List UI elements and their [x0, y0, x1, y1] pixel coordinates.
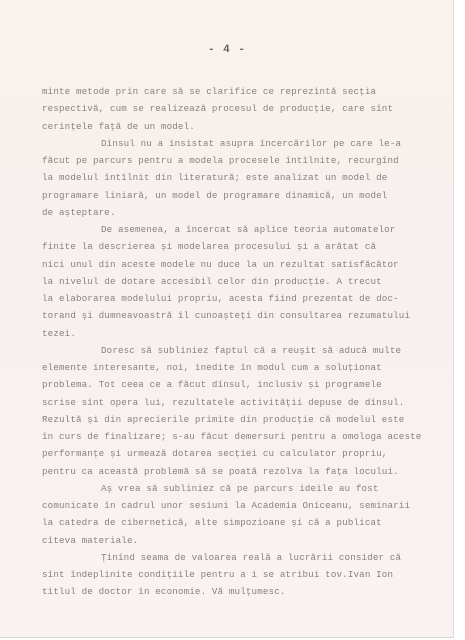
document-page: - 4 - minte metode prin care să se clari…	[0, 0, 454, 638]
paragraph: Dînsul nu a insistat asupra încercărilor…	[42, 135, 442, 221]
text-line: Rezultă și din aprecierile primite din p…	[42, 411, 442, 428]
page-number: - 4 -	[0, 44, 454, 56]
text-line: torand și dumneavoastră îl cunoașteți di…	[42, 307, 442, 324]
text-line: minte metode prin care să se clarifice c…	[42, 83, 442, 100]
paragraph: minte metode prin care să se clarifice c…	[42, 83, 442, 135]
text-line: cîteva materiale.	[42, 532, 442, 549]
text-line: cerințele față de un model.	[42, 118, 442, 135]
text-line: la catedra de cibernetică, alte simpozio…	[42, 514, 442, 531]
text-line: la modelul întîlnit din literatură; este…	[42, 169, 442, 186]
text-line: De asemenea, a încercat să aplice teoria…	[42, 221, 442, 238]
text-line: comunicate în cadrul unor sesiuni la Aca…	[42, 497, 442, 514]
text-line: la nivelul de dotare accesibil celor din…	[42, 273, 442, 290]
text-line: nici unul din aceste modele nu duce la u…	[42, 256, 442, 273]
text-line: scrise sînt opera lui, rezultatele activ…	[42, 394, 442, 411]
text-line: tezei.	[42, 325, 442, 342]
text-line: la elaborarea modelului propriu, acesta …	[42, 290, 442, 307]
paragraph: De asemenea, a încercat să aplice teoria…	[42, 221, 442, 342]
text-line: sînt îndeplinite condițiile pentru a i s…	[42, 566, 442, 583]
text-line: programare liniară, un model de programa…	[42, 187, 442, 204]
paragraph: Ținînd seama de valoarea reală a lucrări…	[42, 549, 442, 601]
text-line: respectivă, cum se realizează procesul d…	[42, 100, 442, 117]
text-line: Aș vrea să subliniez că pe parcurs ideil…	[42, 480, 442, 497]
text-line: Dînsul nu a insistat asupra încercărilor…	[42, 135, 442, 152]
text-line: finite la descrierea și modelarea proces…	[42, 238, 442, 255]
text-line: performanțe și urmează dotarea secției c…	[42, 445, 442, 462]
text-line: Doresc să subliniez faptul că a reușit s…	[42, 342, 442, 359]
paragraph: Doresc să subliniez faptul că a reușit s…	[42, 342, 442, 480]
text-line: problema. Tot ceea ce a făcut dînsul, in…	[42, 376, 442, 393]
text-line: făcut pe parcurs pentru a modela procese…	[42, 152, 442, 169]
text-line: în curs de finalizare; s-au făcut demers…	[42, 428, 442, 445]
text-line: elemente interesante, noi, inedite în mo…	[42, 359, 442, 376]
document-body: minte metode prin care să se clarifice c…	[42, 83, 442, 601]
text-line: titlul de doctor în economie. Vă mulțume…	[42, 583, 442, 600]
text-line: de așteptare.	[42, 204, 442, 221]
text-line: Ținînd seama de valoarea reală a lucrări…	[42, 549, 442, 566]
text-line: pentru ca această problemă să se poată r…	[42, 463, 442, 480]
paragraph: Aș vrea să subliniez că pe parcurs ideil…	[42, 480, 442, 549]
